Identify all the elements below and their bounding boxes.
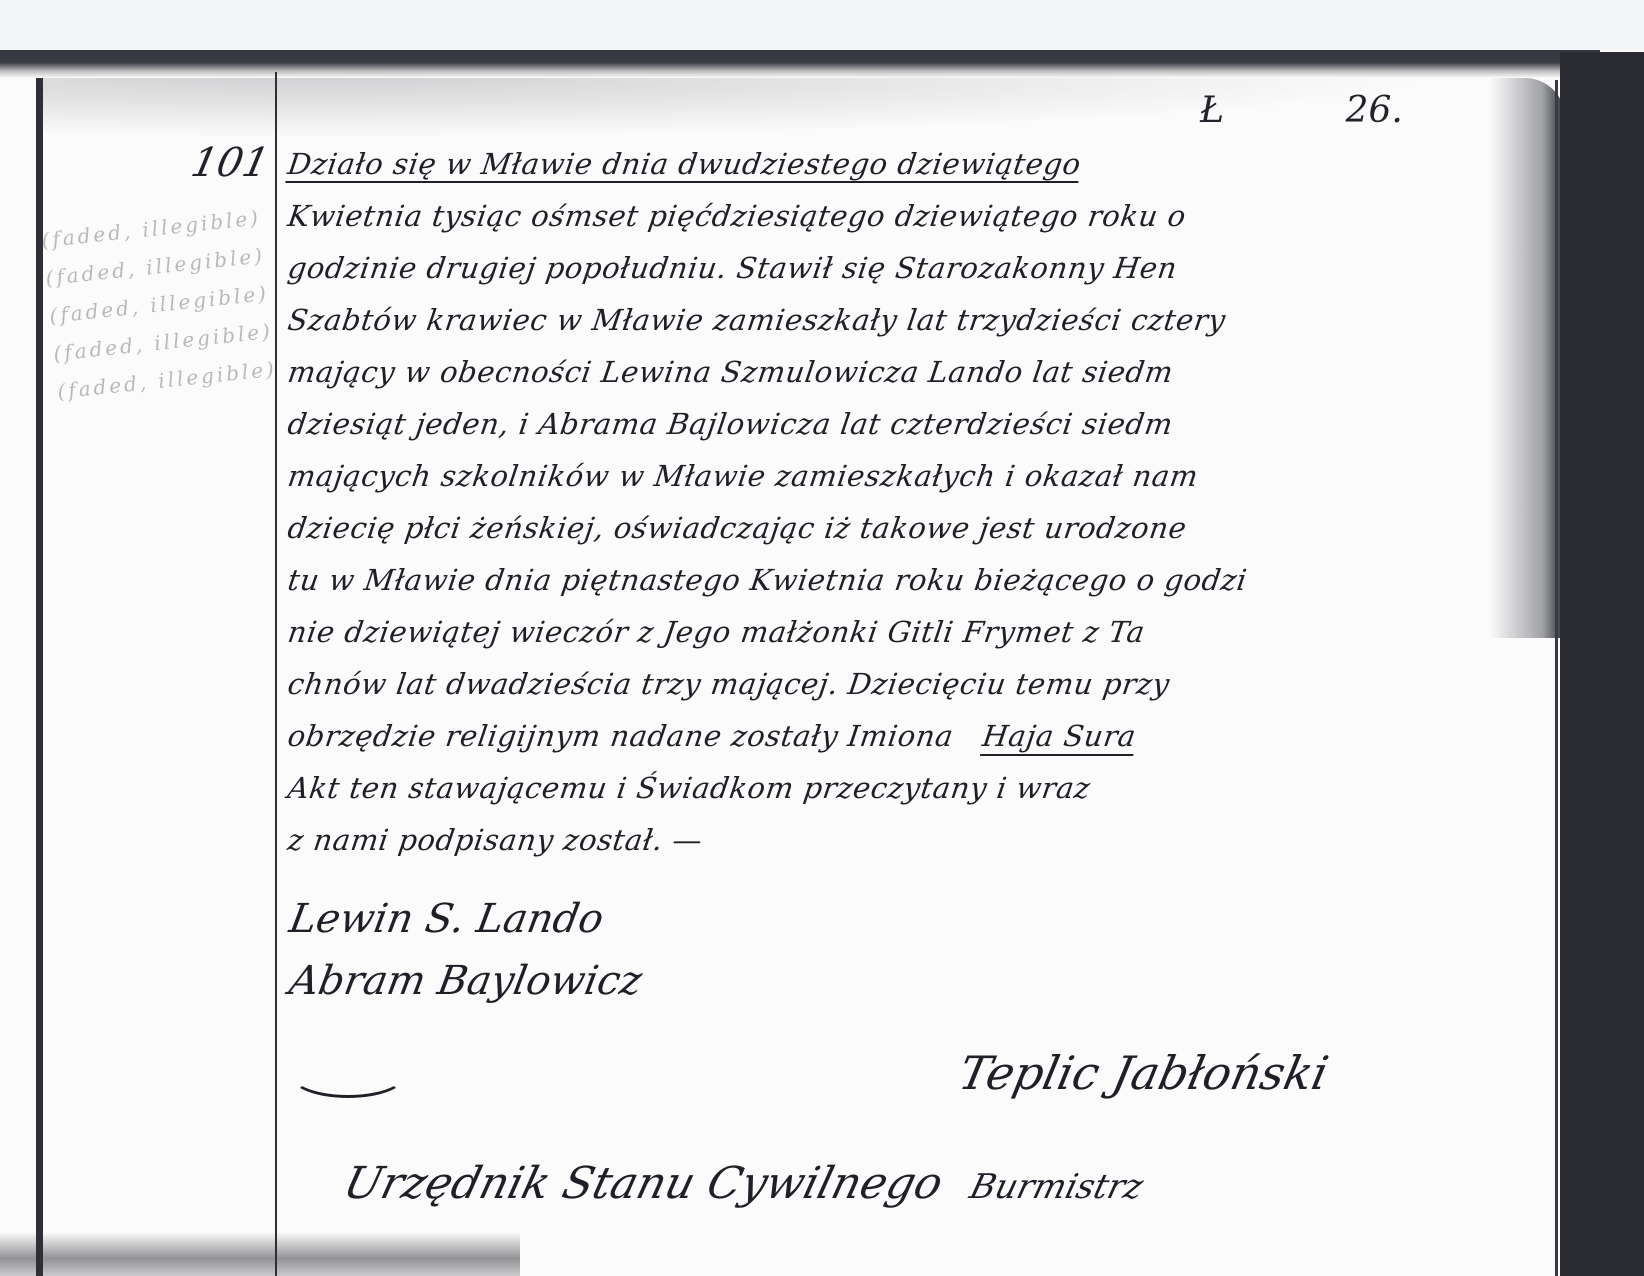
witness-signature: Abram Baylowicz: [285, 950, 647, 1012]
signature-flourish: [290, 1052, 406, 1098]
folio-header: Ł 26.: [1200, 90, 1403, 131]
record-line: dziesiąt jeden, i Abrama Bajlowicza lat …: [284, 398, 1501, 450]
witness-signature: Lewin S. Lando: [285, 888, 647, 950]
record-line: obrzędzie religijnym nadane zostały Imio…: [284, 710, 1501, 762]
record-line: mający w obecności Lewina Szmulowicza La…: [284, 346, 1501, 398]
registrar-title: Burmistrz: [966, 1167, 1148, 1207]
record-line: tu w Mławie dnia piętnastego Kwietnia ro…: [284, 554, 1501, 606]
official-signature: Teplic Jabłoński: [954, 1046, 1333, 1100]
record-line: godzinie drugiej popołudniu. Stawił się …: [284, 242, 1501, 294]
faded-margin-notes: (faded, illegible) (faded, illegible) (f…: [40, 201, 281, 620]
witness-signatures: Lewin S. Lando Abram Baylowicz: [290, 888, 641, 1012]
left-margin-rule: [36, 78, 43, 1276]
column-divider-rule: [275, 72, 277, 1276]
scan-right-border: [1560, 52, 1644, 1276]
record-line: dziecię płci żeńskiej, oświadczając iż t…: [284, 502, 1501, 554]
record-line: z nami podpisany został. —: [284, 814, 1501, 866]
entry-number: 101: [187, 140, 273, 186]
record-line: Akt ten stawającemu i Świadkom przeczyta…: [284, 762, 1501, 814]
page-number: 26.: [1346, 90, 1403, 131]
registrar-label: Urzędnik Stanu Cywilnego: [339, 1158, 948, 1209]
record-line: mających szkolników w Mławie zamieszkały…: [284, 450, 1501, 502]
registrar-signature-line: Urzędnik Stanu Cywilnego Burmistrz: [339, 1158, 1150, 1209]
record-line: Szabtów krawiec w Mławie zamieszkały lat…: [284, 294, 1501, 346]
scan-top-shadow: [0, 50, 1600, 78]
scan-bottom-shadow: [0, 1232, 520, 1276]
folio-mark: Ł: [1200, 90, 1224, 131]
record-line: chnów lat dwadzieścia trzy mającej. Dzie…: [284, 658, 1501, 710]
page-edge-line: [1555, 80, 1558, 1276]
record-body: Działo się w Mławie dnia dwudziestego dz…: [288, 138, 1498, 866]
record-line: Działo się w Mławie dnia dwudziestego dz…: [284, 138, 1501, 190]
record-line: Kwietnia tysiąc ośmset pięćdziesiątego d…: [284, 190, 1501, 242]
record-line: nie dziewiątej wieczór z Jego małżonki G…: [284, 606, 1501, 658]
child-names: Haja Sura: [980, 719, 1138, 753]
record-line-text: obrzędzie religijnym nadane zostały Imio…: [286, 719, 956, 753]
